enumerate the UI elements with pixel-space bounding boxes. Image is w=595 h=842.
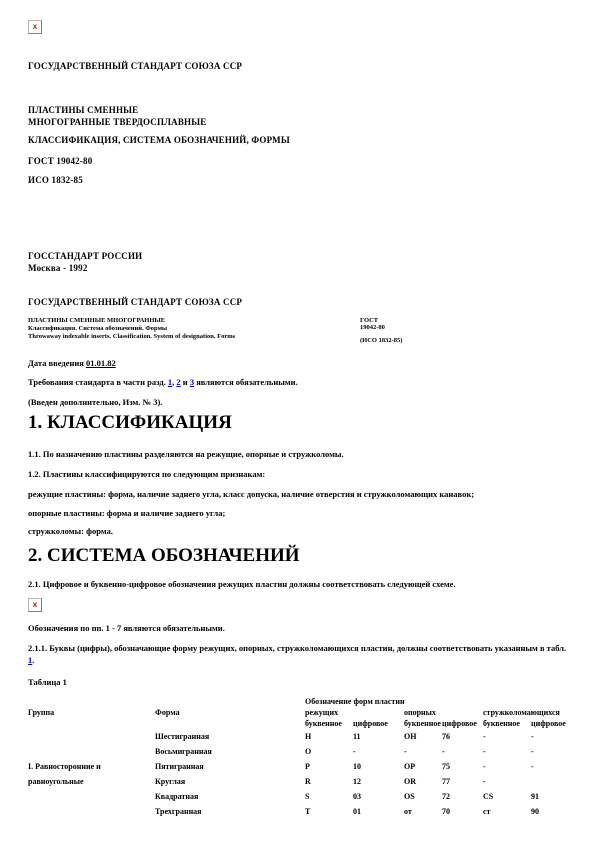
table-subsubheader-row: буквенное цифровое буквенное цифровое бу…: [28, 718, 567, 729]
cell: [531, 774, 567, 789]
ref-iso-number: (ИСО 1832-85): [360, 337, 402, 344]
table-row: Шестигранная H 11 OH 76 - -: [28, 729, 567, 744]
subsub-digit-3: цифровое: [531, 718, 567, 729]
ref-gost-label: ГОСТ: [360, 317, 402, 324]
cell: 91: [531, 789, 567, 804]
subsub-letter-1: буквенное: [305, 718, 353, 729]
cell: 03: [353, 789, 404, 804]
paragraph-2-1-1: 2.1.1. Буквы (цифры), обозначающие форму…: [28, 642, 567, 666]
cell: 72: [442, 789, 483, 804]
forms-designation-table: Обозначение форм пластин Группа Форма ре…: [28, 696, 567, 819]
paragraph-2-1-1-prefix: 2.1.1. Буквы (цифры), обозначающие форму…: [28, 643, 566, 653]
cell: -: [353, 744, 404, 759]
city-year: Москва - 1992: [28, 262, 567, 274]
broken-image-icon: x: [28, 20, 42, 34]
table-row: Восьмигранная O - - - - -: [28, 744, 567, 759]
cell: ст: [483, 804, 531, 819]
subheader-chipbreaker: стружколомающихся: [483, 707, 567, 718]
table-label: Таблица 1: [28, 676, 567, 688]
table-row: равноугольные Круглая R 12 OR 77 -: [28, 774, 567, 789]
paragraph-1-2c: стружколомы: форма.: [28, 525, 567, 537]
cell: OR: [404, 774, 442, 789]
table-row: Квадратная S 03 OS 72 CS 91: [28, 789, 567, 804]
standard-header-repeat: ГОСУДАРСТВЕННЫЙ СТАНДАРТ СОЮЗА ССР: [28, 296, 567, 308]
cell: OH: [404, 729, 442, 744]
broken-image-placeholder-top[interactable]: x: [28, 16, 567, 34]
cell: 12: [353, 774, 404, 789]
paragraph-1-1: 1.1. По назначению пластины разделяются …: [28, 448, 567, 460]
cell: P: [305, 759, 353, 774]
cell: -: [442, 744, 483, 759]
section-1-heading: 1. КЛАССИФИКАЦИЯ: [28, 413, 567, 433]
date-value-link[interactable]: 01.01.82: [86, 358, 116, 368]
cell: S: [305, 789, 353, 804]
publisher: ГОССТАНДАРТ РОССИИ: [28, 250, 567, 262]
form-cell: Квадратная: [155, 789, 305, 804]
group-cell: [28, 804, 155, 819]
broken-image-icon: x: [28, 598, 42, 612]
paragraph-2-1-1-suffix: .: [32, 655, 34, 665]
amendment-note: (Введен дополнительно, Изм. № 3).: [28, 396, 567, 408]
cell: -: [483, 744, 531, 759]
requirements-line: Требования стандарта в части разд. 1, 2 …: [28, 376, 567, 388]
cell: 70: [442, 804, 483, 819]
small-title-line-1: ПЛАСТИНЫ СМЕННЫЕ МНОГОГРАННЫЕ: [28, 317, 567, 325]
col-header-form: Форма: [155, 707, 305, 718]
cell: OS: [404, 789, 442, 804]
cell: от: [404, 804, 442, 819]
cell: -: [404, 744, 442, 759]
group-cell: I. Равносторонние и: [28, 759, 155, 774]
paragraph-1-2a: режущие пластины: форма, наличие заднего…: [28, 488, 567, 500]
form-cell: Восьмигранная: [155, 744, 305, 759]
cell: 01: [353, 804, 404, 819]
paragraph-1-2b: опорные пластины: форма и наличие заднег…: [28, 507, 567, 519]
cell: OP: [404, 759, 442, 774]
cell: -: [531, 729, 567, 744]
cell: -: [483, 759, 531, 774]
document-title: ПЛАСТИНЫ СМЕННЫЕ МНОГОГРАННЫЕ ТВЕРДОСПЛА…: [28, 104, 567, 128]
paragraph-2-1: 2.1. Цифровое и буквенно-цифровое обозна…: [28, 578, 567, 590]
span-header-cell: Обозначение форм пластин: [305, 696, 567, 707]
req-sep-2: и: [181, 377, 190, 387]
publisher-block: ГОССТАНДАРТ РОССИИ Москва - 1992: [28, 250, 567, 274]
form-cell: Шестигранная: [155, 729, 305, 744]
doc-header-row: ПЛАСТИНЫ СМЕННЫЕ МНОГОГРАННЫЕ Классифика…: [28, 317, 567, 345]
cell: -: [531, 759, 567, 774]
small-title-line-2: Классификация. Система обозначений. Форм…: [28, 325, 567, 333]
small-title-line-3: Throwaway indexable inserts. Classificat…: [28, 333, 567, 341]
table-subheader-row: Группа Форма режущих опорных стружколома…: [28, 707, 567, 718]
cell: H: [305, 729, 353, 744]
subsub-letter-3: буквенное: [483, 718, 531, 729]
paragraph-1-2: 1.2. Пластины классифицируются по следую…: [28, 468, 567, 480]
cell: -: [483, 774, 531, 789]
section-2-heading: 2. СИСТЕМА ОБОЗНАЧЕНИЙ: [28, 546, 567, 566]
subsub-digit-1: цифровое: [353, 718, 404, 729]
broken-image-placeholder-scheme[interactable]: x: [28, 594, 567, 612]
document-subtitle: КЛАССИФИКАЦИЯ, СИСТЕМА ОБОЗНАЧЕНИЙ, ФОРМ…: [28, 134, 567, 146]
designations-note: Обозначения по пп. 1 - 7 являются обязат…: [28, 622, 567, 634]
standard-reference-block: ГОСТ 19042-80 (ИСО 1832-85): [360, 317, 402, 344]
cell: -: [531, 744, 567, 759]
document-page: x ГОСУДАРСТВЕННЫЙ СТАНДАРТ СОЮЗА ССР ПЛА…: [0, 0, 595, 842]
requirements-prefix: Требования стандарта в части разд.: [28, 377, 168, 387]
col-header-group: Группа: [28, 707, 155, 718]
cell: 75: [442, 759, 483, 774]
group-cell: [28, 729, 155, 744]
table-span-header-row: Обозначение форм пластин: [28, 696, 567, 707]
effective-date-line: Дата введения 01.01.82: [28, 357, 567, 369]
cell: CS: [483, 789, 531, 804]
requirements-suffix: являются обязательными.: [194, 377, 298, 387]
group-cell: [28, 789, 155, 804]
cell: T: [305, 804, 353, 819]
gost-number: ГОСТ 19042-80: [28, 155, 567, 167]
table-row: Трехгранная T 01 от 70 ст 90: [28, 804, 567, 819]
small-title-block: ПЛАСТИНЫ СМЕННЫЕ МНОГОГРАННЫЕ Классифика…: [28, 317, 567, 341]
subsub-letter-2: буквенное: [404, 718, 442, 729]
iso-number: ИСО 1832-85: [28, 174, 567, 186]
form-cell: Пятигранная: [155, 759, 305, 774]
date-label: Дата введения: [28, 358, 86, 368]
subheader-cutting: режущих: [305, 707, 404, 718]
title-line-1: ПЛАСТИНЫ СМЕННЫЕ: [28, 104, 567, 116]
form-cell: Круглая: [155, 774, 305, 789]
ref-gost-number: 19042-80: [360, 324, 402, 331]
cell: -: [483, 729, 531, 744]
group-cell: [28, 744, 155, 759]
cell: O: [305, 744, 353, 759]
cell: 10: [353, 759, 404, 774]
cell: 11: [353, 729, 404, 744]
cell: R: [305, 774, 353, 789]
cell: 76: [442, 729, 483, 744]
cell: 90: [531, 804, 567, 819]
standard-header-top: ГОСУДАРСТВЕННЫЙ СТАНДАРТ СОЮЗА ССР: [28, 60, 567, 72]
subsub-digit-2: цифровое: [442, 718, 483, 729]
title-line-2: МНОГОГРАННЫЕ ТВЕРДОСПЛАВНЫЕ: [28, 116, 567, 128]
table-row: I. Равносторонние и Пятигранная P 10 OP …: [28, 759, 567, 774]
cell: 77: [442, 774, 483, 789]
subheader-support: опорных: [404, 707, 483, 718]
group-cell: равноугольные: [28, 774, 155, 789]
form-cell: Трехгранная: [155, 804, 305, 819]
